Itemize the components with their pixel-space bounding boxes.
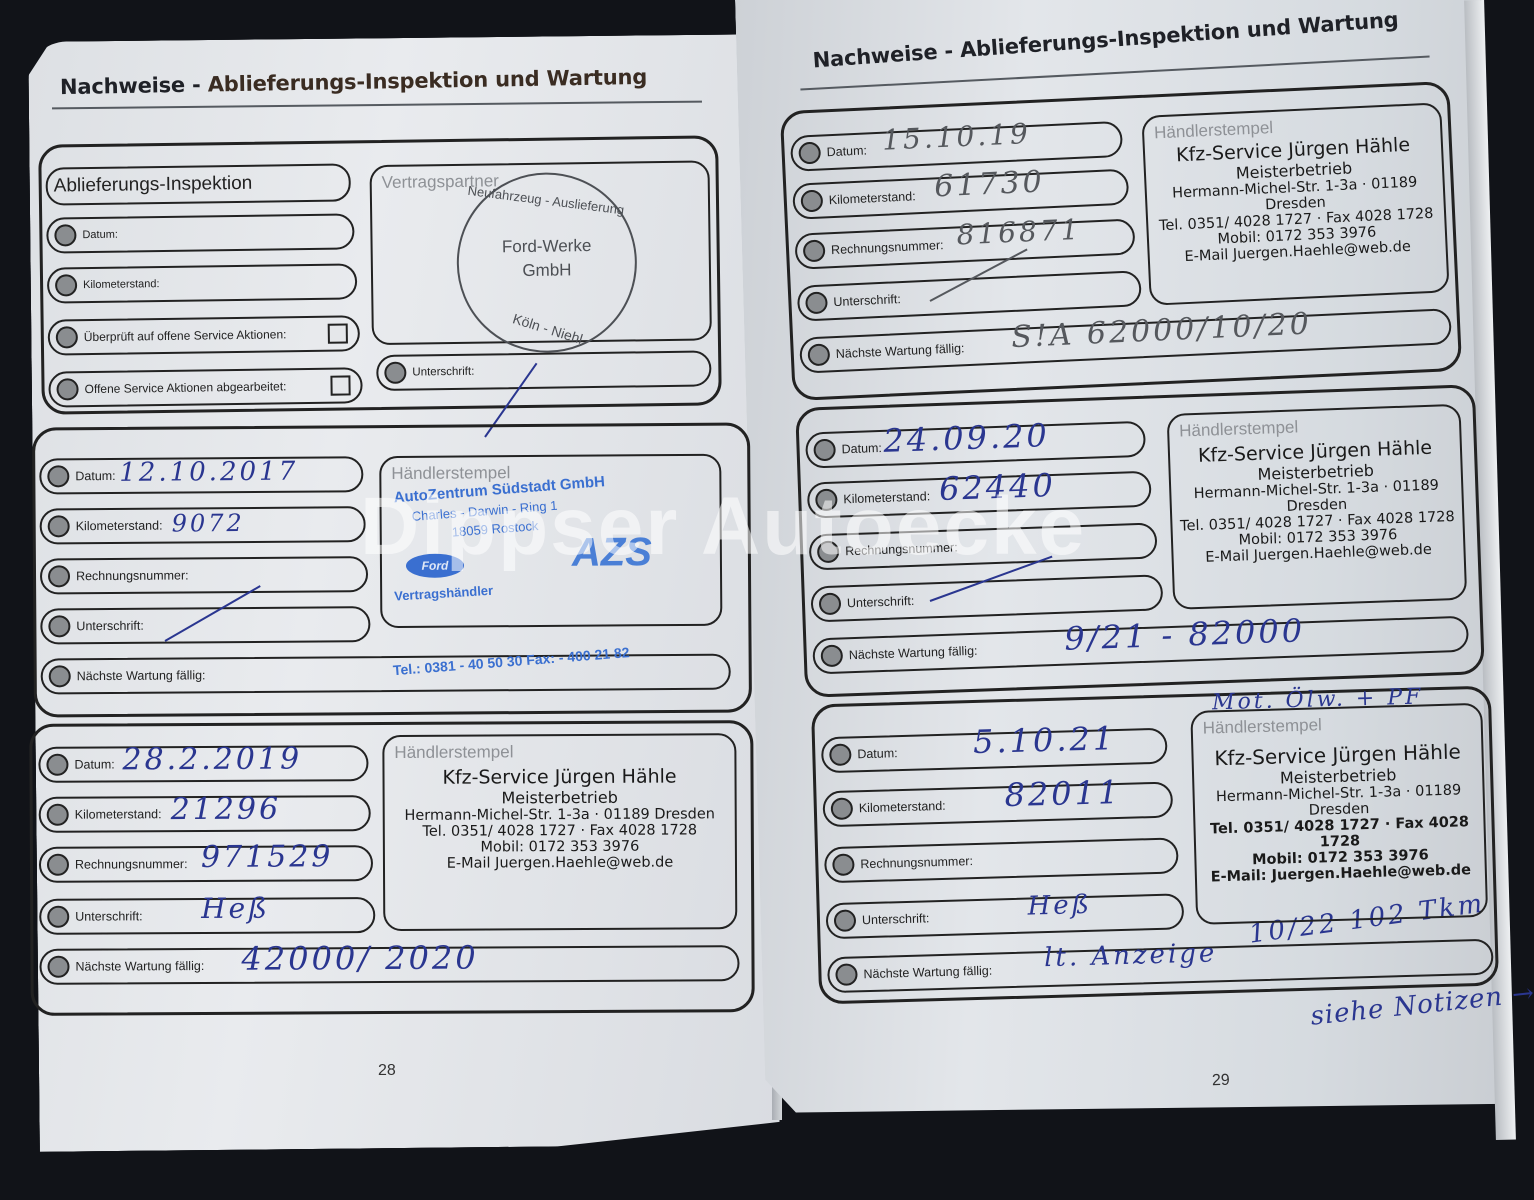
page-number-left: 28 <box>378 1062 396 1080</box>
dealer-name: Kfz-Service Jürgen Hähle <box>384 765 734 789</box>
field-label: Nächste Wartung fällig: <box>75 959 204 974</box>
record2-signature-row[interactable]: Unterschrift: Heß <box>39 897 375 935</box>
checkbox-open-service-done[interactable] <box>330 375 350 395</box>
dealer-role: Vertragshändler <box>394 583 494 604</box>
haendlerstempel-caption: Händlerstempel <box>1179 417 1299 441</box>
radio-icon <box>835 963 858 986</box>
radio-icon <box>798 142 821 165</box>
record2-km-row[interactable]: Kilometerstand: 21296 <box>39 795 371 833</box>
record2-signature-value: Heß <box>201 892 270 925</box>
record5-next-service-value: lt. Anzeige <box>1044 938 1218 973</box>
delivery-datum-row[interactable]: Datum: <box>46 213 354 253</box>
field-label: Datum: <box>75 469 115 483</box>
delivery-title-row: Ablieferungs-Inspektion <box>45 163 351 205</box>
field-label: Rechnungsnummer: <box>75 857 188 872</box>
title-part1: Nachweise - <box>60 73 208 100</box>
record5-datum-value: 5.10.21 <box>973 719 1117 761</box>
haendlerstempel-caption: Händlerstempel <box>1202 715 1322 738</box>
radio-icon <box>47 465 69 487</box>
field-label: Rechnungsnummer: <box>76 568 189 583</box>
record3-datum-value: 15.10.19 <box>881 117 1031 157</box>
field-label: Unterschrift: <box>847 594 915 610</box>
delivery-inspection-block: Ablieferungs-Inspektion Datum: Kilometer… <box>38 135 722 414</box>
record3-km-value: 61730 <box>934 164 1046 204</box>
record5-invoice-row[interactable]: Rechnungsnummer: <box>824 837 1179 883</box>
record4-next-service-value: 9/21 - 82000 <box>1064 611 1306 657</box>
radio-icon <box>820 644 843 667</box>
vertragspartner-box: Vertragspartner Neufahrzeug - Auslieferu… <box>369 160 711 345</box>
radio-icon <box>56 378 78 400</box>
record3-datum-row[interactable]: Datum: 15.10.19 <box>790 121 1123 172</box>
radio-icon <box>56 326 78 348</box>
service-record-2: Datum: 28.2.2019 Kilometerstand: 21296 R… <box>29 720 755 1016</box>
field-label: Datum: <box>826 143 867 159</box>
record1-km-value: 9072 <box>172 509 245 538</box>
dealer-stamp-text: Kfz-Service Jürgen Hähle Meisterbetrieb … <box>1145 132 1446 266</box>
record4-next-service-row[interactable]: Nächste Wartung fällig: 9/21 - 82000 <box>812 616 1469 675</box>
dealer-stamp-text: Kfz-Service Jürgen Hähle Meisterbetrieb … <box>1193 739 1485 886</box>
radio-icon <box>819 592 842 615</box>
radio-icon <box>47 906 69 928</box>
radio-icon <box>46 754 68 776</box>
record3-dealer-stamp-box: Händlerstempel Kfz-Service Jürgen Hähle … <box>1141 102 1449 305</box>
record4-signature-row[interactable]: Unterschrift: <box>810 574 1163 622</box>
delivery-service-done-row: Offene Service Aktionen abgearbeitet: <box>48 367 362 407</box>
record2-km-value: 21296 <box>171 792 282 828</box>
record2-datum-value: 28.2.2019 <box>122 741 302 777</box>
radio-icon <box>48 565 70 587</box>
radio-icon <box>54 224 76 246</box>
radio-icon <box>831 797 854 820</box>
field-label: Nächste Wartung fällig: <box>863 964 992 982</box>
radio-icon <box>47 854 69 876</box>
record1-km-row[interactable]: Kilometerstand: 9072 <box>40 506 366 544</box>
stamp-center-1: Ford-Werke <box>458 235 634 257</box>
radio-icon <box>832 853 855 876</box>
record3-invoice-value: 816871 <box>956 213 1082 252</box>
radio-icon <box>48 615 70 637</box>
field-label: Kilometerstand: <box>83 278 160 291</box>
record4-datum-row[interactable]: Datum: 24.09.20 <box>805 421 1146 469</box>
record2-invoice-row[interactable]: Rechnungsnummer: 971529 <box>39 845 373 883</box>
field-label: Datum: <box>857 746 898 761</box>
dealer-stamp-text: Kfz-Service Jürgen Hähle Meisterbetrieb … <box>384 765 735 872</box>
radio-icon <box>55 274 77 296</box>
field-label: Offene Service Aktionen abgearbeitet: <box>84 379 286 396</box>
field-label: Nächste Wartung fällig: <box>836 341 965 361</box>
record5-datum-row[interactable]: Datum: 5.10.21 <box>821 728 1168 774</box>
dealer-stamp-text: Kfz-Service Jürgen Hähle Meisterbetrieb … <box>1170 436 1464 567</box>
delivery-signature-row[interactable]: Unterschrift: <box>376 350 711 391</box>
service-record-3: Datum: 15.10.19 Kilometerstand: 61730 Re… <box>780 81 1462 401</box>
haendlerstempel-caption: Händlerstempel <box>1154 118 1274 143</box>
radio-icon <box>805 291 828 314</box>
delivery-km-row[interactable]: Kilometerstand: <box>47 263 357 303</box>
record5-signature-value: Heß <box>1027 890 1092 922</box>
radio-icon <box>47 956 69 978</box>
dealer-phone: Tel. 0351/ 4028 1727 · Fax 4028 1728 <box>385 822 735 840</box>
field-label: Kilometerstand: <box>75 807 162 821</box>
record3-next-service-value: S!A 62000/10/20 <box>1010 306 1312 355</box>
radio-icon <box>803 239 826 262</box>
record5-next-service-row[interactable]: Nächste Wartung fällig: lt. Anzeige 10/2… <box>827 939 1494 994</box>
record4-datum-value: 24.09.20 <box>883 416 1051 460</box>
ford-delivery-stamp: Neufahrzeug - Auslieferung Ford-Werke Gm… <box>456 171 638 353</box>
record3-next-service-row[interactable]: Nächste Wartung fällig: S!A 62000/10/20 <box>799 308 1452 374</box>
record2-next-service-value: 42000/ 2020 <box>241 939 478 978</box>
field-label: Unterschrift: <box>75 909 142 923</box>
record1-datum-row[interactable]: Datum: 12.10.2017 <box>39 456 363 494</box>
dealer-mobile: Mobil: 0172 353 3976 <box>385 838 735 856</box>
service-record-5: Datum: 5.10.21 Kilometerstand: 82011 Rec… <box>811 686 1499 1005</box>
record5-stamp-note: Mot. Ölw. + PF <box>1212 684 1424 715</box>
field-label: Unterschrift: <box>412 366 474 379</box>
field-label: Kilometerstand: <box>859 799 946 815</box>
record1-invoice-row[interactable]: Rechnungsnummer: <box>40 556 368 594</box>
field-label: Nächste Wartung fällig: <box>77 668 206 683</box>
record2-invoice-value: 971529 <box>201 839 334 875</box>
record4-dealer-stamp-box: Händlerstempel Kfz-Service Jürgen Hähle … <box>1167 404 1468 610</box>
page-number-right: 29 <box>1212 1072 1230 1091</box>
radio-icon <box>813 439 836 462</box>
stamp-center-2: GmbH <box>459 259 635 281</box>
record2-dealer-stamp-box: Händlerstempel Kfz-Service Jürgen Hähle … <box>382 733 737 931</box>
field-label: Nächste Wartung fällig: <box>849 644 978 662</box>
field-label: Datum: <box>74 757 114 771</box>
radio-icon <box>829 743 852 766</box>
record5-km-value: 82011 <box>1004 773 1122 814</box>
radio-icon <box>48 515 70 537</box>
record5-dealer-stamp-box: Händlerstempel Mot. Ölw. + PF Kfz-Servic… <box>1190 703 1488 925</box>
checkbox-open-service-checked[interactable] <box>328 323 348 343</box>
record5-signature-row[interactable]: Unterschrift: Heß <box>825 893 1184 939</box>
dealer-address: Hermann-Michel-Str. 1-3a · 01189 Dresden <box>385 806 735 824</box>
record2-next-service-row[interactable]: Nächste Wartung fällig: 42000/ 2020 <box>39 945 739 985</box>
radio-icon <box>807 343 830 366</box>
delivery-check-service-row: Überprüft auf offene Service Aktionen: <box>48 315 360 355</box>
radio-icon <box>800 189 823 212</box>
record3-invoice-row[interactable]: Rechnungsnummer: 816871 <box>794 218 1135 269</box>
record1-datum-value: 12.10.2017 <box>119 457 298 488</box>
stamp-ring-top: Neufahrzeug - Auslieferung <box>458 182 634 219</box>
dealer-role: Meisterbetrieb <box>385 787 735 808</box>
radio-icon <box>49 665 71 687</box>
field-label: Rechnungsnummer: <box>860 854 973 871</box>
field-label: Kilometerstand: <box>829 189 916 207</box>
record5-km-row[interactable]: Kilometerstand: 82011 <box>822 781 1173 827</box>
field-label: Unterschrift: <box>862 911 930 927</box>
dealer-email: E-Mail Juergen.Haehle@web.de <box>385 854 735 872</box>
haendlerstempel-caption: Händlerstempel <box>394 742 513 763</box>
radio-icon <box>384 362 406 384</box>
record2-datum-row[interactable]: Datum: 28.2.2019 <box>38 745 368 783</box>
field-label: Kilometerstand: <box>76 519 163 534</box>
radio-icon <box>47 804 69 826</box>
field-label: Rechnungsnummer: <box>831 238 944 257</box>
delivery-inspection-title: Ablieferungs-Inspektion <box>54 173 253 198</box>
field-label: Datum: <box>841 441 882 456</box>
field-label: Unterschrift: <box>833 292 901 309</box>
record1-signature-row[interactable]: Unterschrift: <box>40 606 370 644</box>
field-label: Überprüft auf offene Service Aktionen: <box>84 327 287 344</box>
field-label: Datum: <box>82 229 118 241</box>
radio-icon <box>834 909 857 932</box>
watermark: Dippser Autoecke <box>360 480 1086 574</box>
field-label: Unterschrift: <box>76 619 143 633</box>
